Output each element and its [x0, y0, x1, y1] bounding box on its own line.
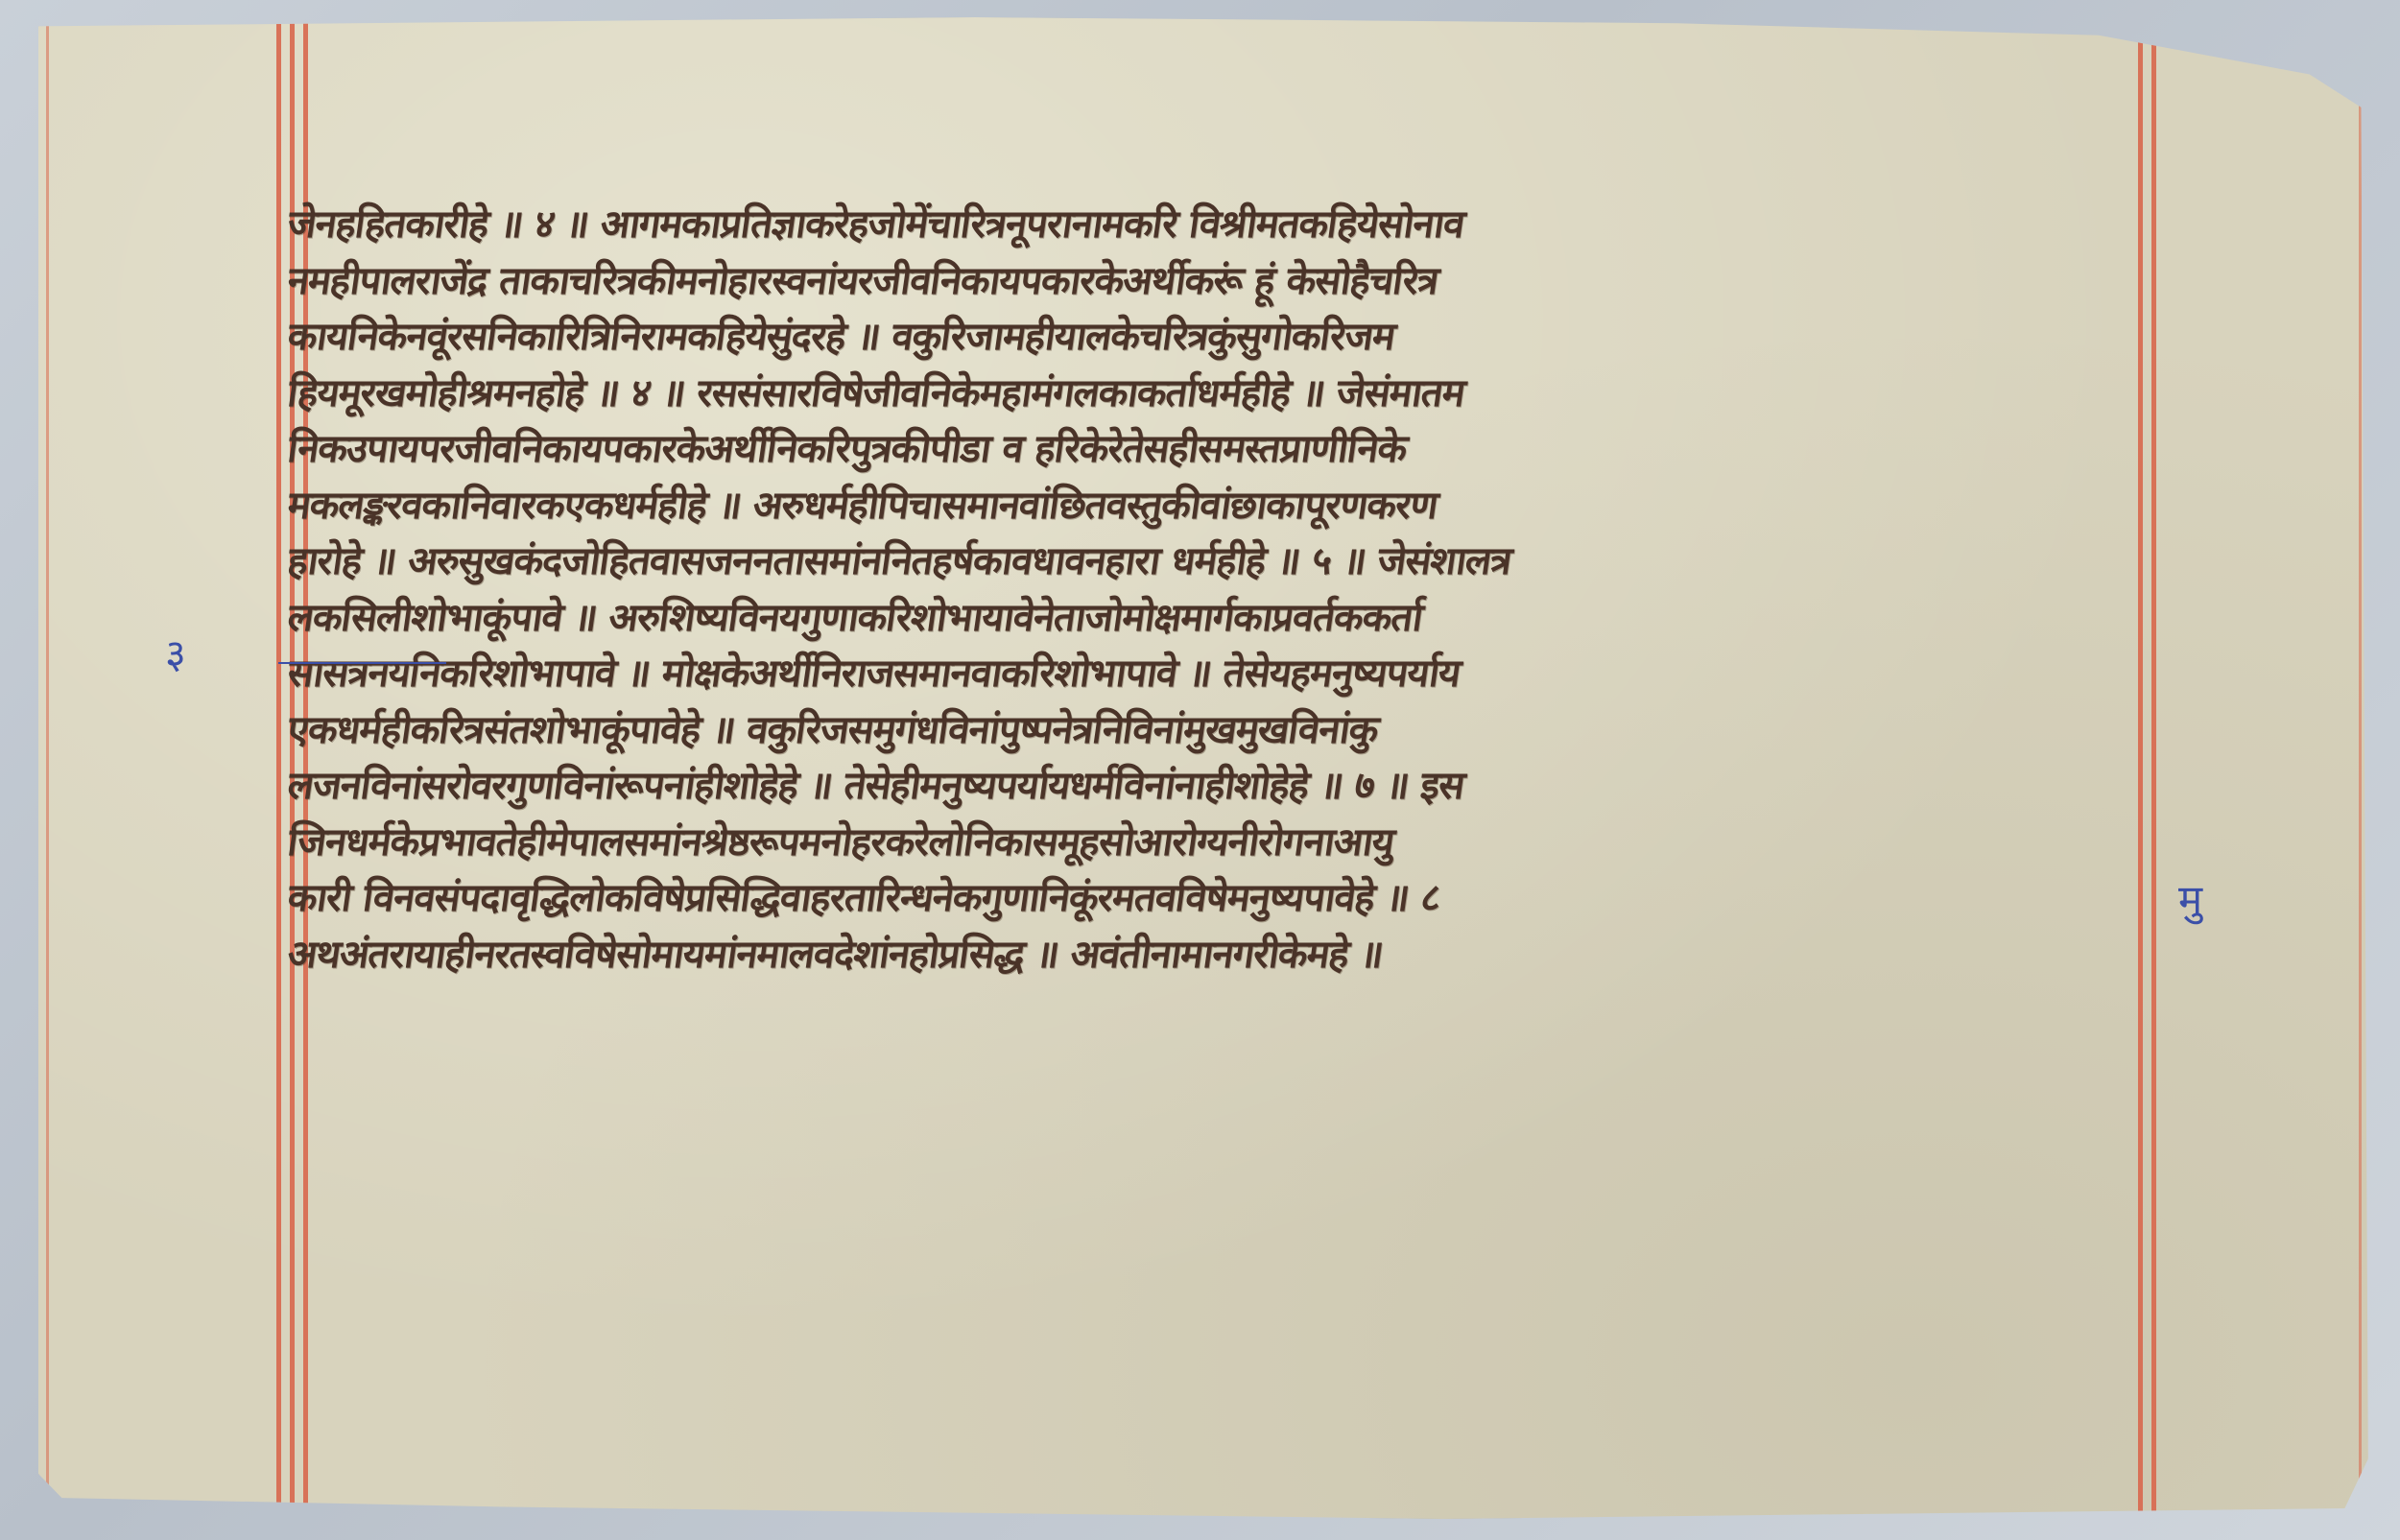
text-line-3: कायनिकेनवूंरसनिकारित्रिनिरामकहियेसुंदरहे… [284, 309, 2134, 366]
text-line-11: लजनविनांसरोवरगुणविनांरूपनांहीशोहेहे ॥ ते… [284, 758, 2134, 815]
outer-margin-rule-right [2359, 17, 2362, 1519]
text-line-13: कारी विनवसंपदावृद्धिलोकविषेप्रसिद्धिवाहर… [284, 870, 2134, 927]
margin-annotation-left: ३ [165, 626, 186, 680]
text-line-1: जेनहहितकारीहे ॥ ४ ॥ आगमकाप्रतिज्ञाकरेहजो… [284, 197, 2134, 253]
text-line-9: सासत्रनयनिकरिशोभापावे ॥ मोक्षकेअर्थीनिरा… [284, 646, 2134, 702]
manuscript-text: जेनहहितकारीहे ॥ ४ ॥ आगमकाप्रतिज्ञाकरेहजो… [288, 197, 2130, 983]
margin-annotation-right: मु [2178, 871, 2202, 926]
margin-rule-left-1 [276, 17, 281, 1519]
margin-rule-right-2 [2151, 17, 2156, 1519]
text-line-12: जिनधर्मकेप्रभावतेहीमेपालसमांनश्रेष्ठरूपम… [284, 815, 2134, 871]
text-line-8: लकसिलीशोभाकूंपावे ॥ अरुशिष्यविनयगुणाकरिश… [284, 590, 2134, 647]
text-line-7: हारोहे ॥ अरुसुखकंदजोहितवासजननतासमांननितह… [284, 533, 2134, 590]
text-line-5: निकउपायपरजीवनिकायपकारकेअर्थीनिकरिपुत्रकी… [284, 421, 2134, 478]
text-line-6: मकलङ्करवकानिवारकएकधर्महीहे ॥ अरुधर्महीपि… [284, 478, 2134, 534]
text-line-14: अथअंतरायाहीनरतस्वविषेसोमायमांनमालवदेशांन… [284, 927, 2134, 983]
margin-rule-right-1 [2138, 17, 2143, 1519]
text-line-10: एकधर्महीकरित्रसंतशोभाकूंपावेहे ॥ वकुरिजस… [284, 702, 2134, 759]
outer-margin-rule-left [46, 17, 49, 1519]
annotation-underline [278, 662, 446, 664]
text-line-2: नमहीपालराजेंद्र ताकाचरित्रकीमनोहारस्वनां… [284, 253, 2134, 310]
text-line-4: हियमूरखमोहीश्रमनहोहे ॥ ४ ॥ रससंसारविषेजी… [284, 366, 2134, 422]
